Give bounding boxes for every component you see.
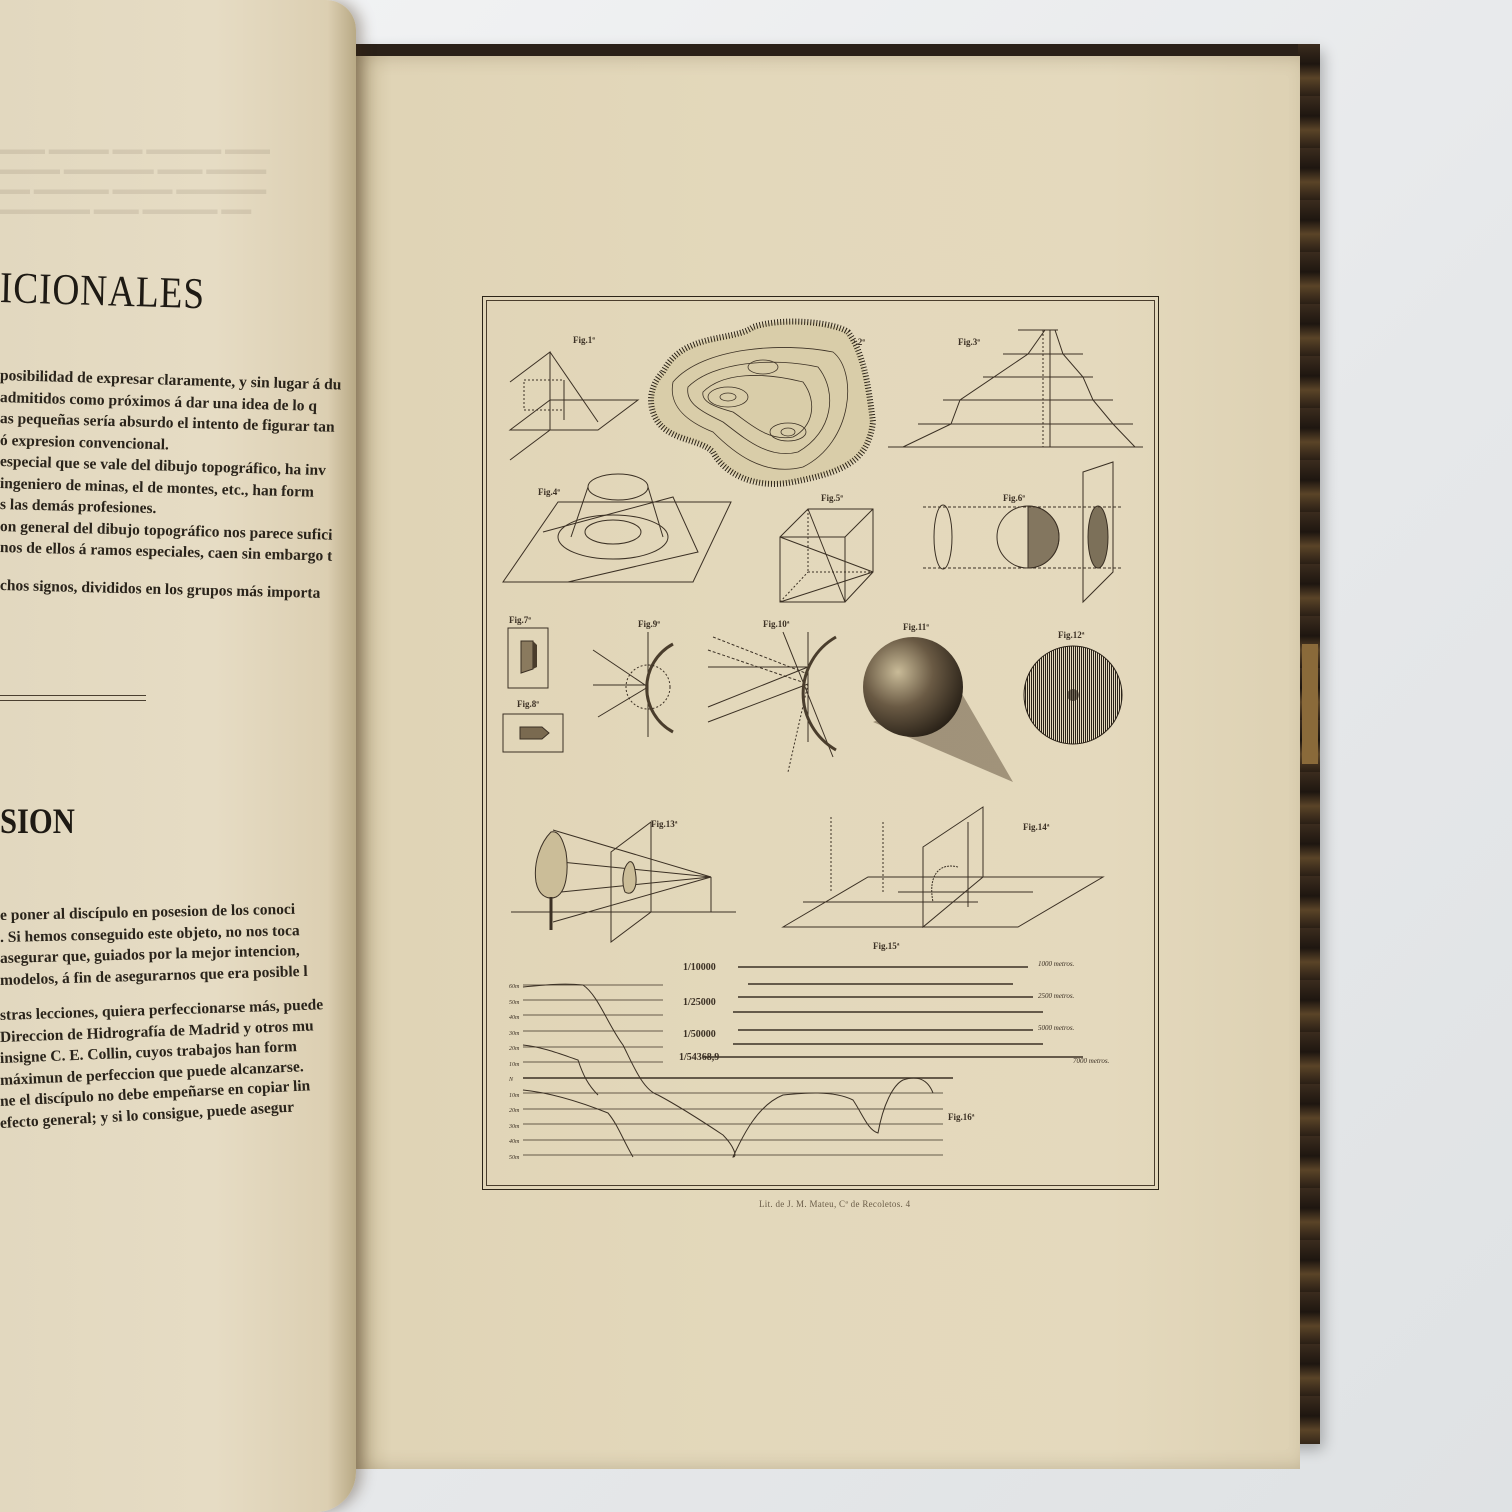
fig1-drawing xyxy=(498,342,638,437)
fig3-slope-profile xyxy=(888,312,1148,447)
paragraph-1: posibilidad de expresar claramente, y si… xyxy=(0,365,360,596)
fig11-shaded-sphere xyxy=(863,637,1023,787)
depth-20: 20m xyxy=(509,1104,529,1120)
fig15-unit-4: 7000 metros. xyxy=(1073,1057,1109,1065)
elev-40: 40m xyxy=(509,1011,529,1027)
depth-50: 50m xyxy=(509,1151,529,1167)
elev-50: 50m xyxy=(509,996,529,1012)
left-page: ▬▬▬ ▬▬▬▬ ▬▬ ▬▬▬▬▬ ▬▬▬▬▬▬▬ ▬▬▬▬▬▬ ▬▬▬ ▬▬▬… xyxy=(0,0,356,1512)
depth-10: 10m xyxy=(509,1089,529,1105)
fig15-unit-2: 2500 metros. xyxy=(1038,992,1074,1000)
fig7-prism xyxy=(507,627,552,692)
fig12-hatched-disc xyxy=(1023,645,1123,745)
fig6-sphere-shadow xyxy=(923,462,1153,612)
show-through-text: ▬▬▬ ▬▬▬▬ ▬▬ ▬▬▬▬▬ ▬▬▬▬▬▬▬ ▬▬▬▬▬▬ ▬▬▬ ▬▬▬… xyxy=(0,140,340,220)
elev-30: 30m xyxy=(509,1027,529,1043)
fig10-label: Fig.10ª xyxy=(763,619,789,629)
fig8-prism xyxy=(502,713,566,755)
fig15-unit-1: 1000 metros. xyxy=(1038,960,1074,968)
elev-N: N xyxy=(509,1073,529,1089)
elev-60: 60m xyxy=(509,980,529,996)
fig13-perspective-tree xyxy=(511,812,741,942)
elev-20: 20m xyxy=(509,1042,529,1058)
fig15-scale-ratio-1: 1/10000 xyxy=(683,962,716,973)
fig9-label: Fig.9ª xyxy=(638,619,660,629)
fig2-contour-map xyxy=(643,312,883,487)
fig15-unit-3: 5000 metros. xyxy=(1038,1024,1074,1032)
fig4-cone-projection xyxy=(503,472,733,582)
fig5-cube xyxy=(778,507,878,607)
fig16-elevation-axis: 60m 50m 40m 30m 20m 10m N 10m 20m 30m 40… xyxy=(509,980,529,1166)
depth-30: 30m xyxy=(509,1120,529,1136)
text-line: chos signos, divididos en los grupos más… xyxy=(0,575,360,605)
fig10-reflection xyxy=(708,632,838,772)
engraved-plate: Fig.1ª Fig.2ª xyxy=(482,296,1159,1190)
fig7-label: Fig.7ª xyxy=(509,615,531,625)
paragraph-2: e poner al discípulo en posesion de los … xyxy=(0,905,360,1134)
heading-convencionales: ICIONALES xyxy=(0,262,206,319)
fig5-label: Fig.5ª xyxy=(821,493,843,503)
fig16-terrain-profile xyxy=(523,985,953,1170)
right-page: Fig.1ª Fig.2ª xyxy=(354,56,1300,1469)
fig12-label: Fig.12ª xyxy=(1058,630,1084,640)
depth-40: 40m xyxy=(509,1135,529,1151)
elev-10: 10m xyxy=(509,1058,529,1074)
fig11-label: Fig.11ª xyxy=(903,622,929,632)
cover-worn-corner xyxy=(1302,644,1318,764)
fig9-reflection xyxy=(593,632,703,742)
plate-caption: Lit. de J. M. Mateu, Cª de Recoletos. 4 xyxy=(759,1199,910,1209)
heading-conclusion: SION xyxy=(0,800,75,842)
fig8-label: Fig.8ª xyxy=(517,699,539,709)
fig14-perspective-planes xyxy=(783,797,1103,932)
section-divider xyxy=(0,695,146,701)
fig15-label: Fig.15ª xyxy=(873,941,899,951)
